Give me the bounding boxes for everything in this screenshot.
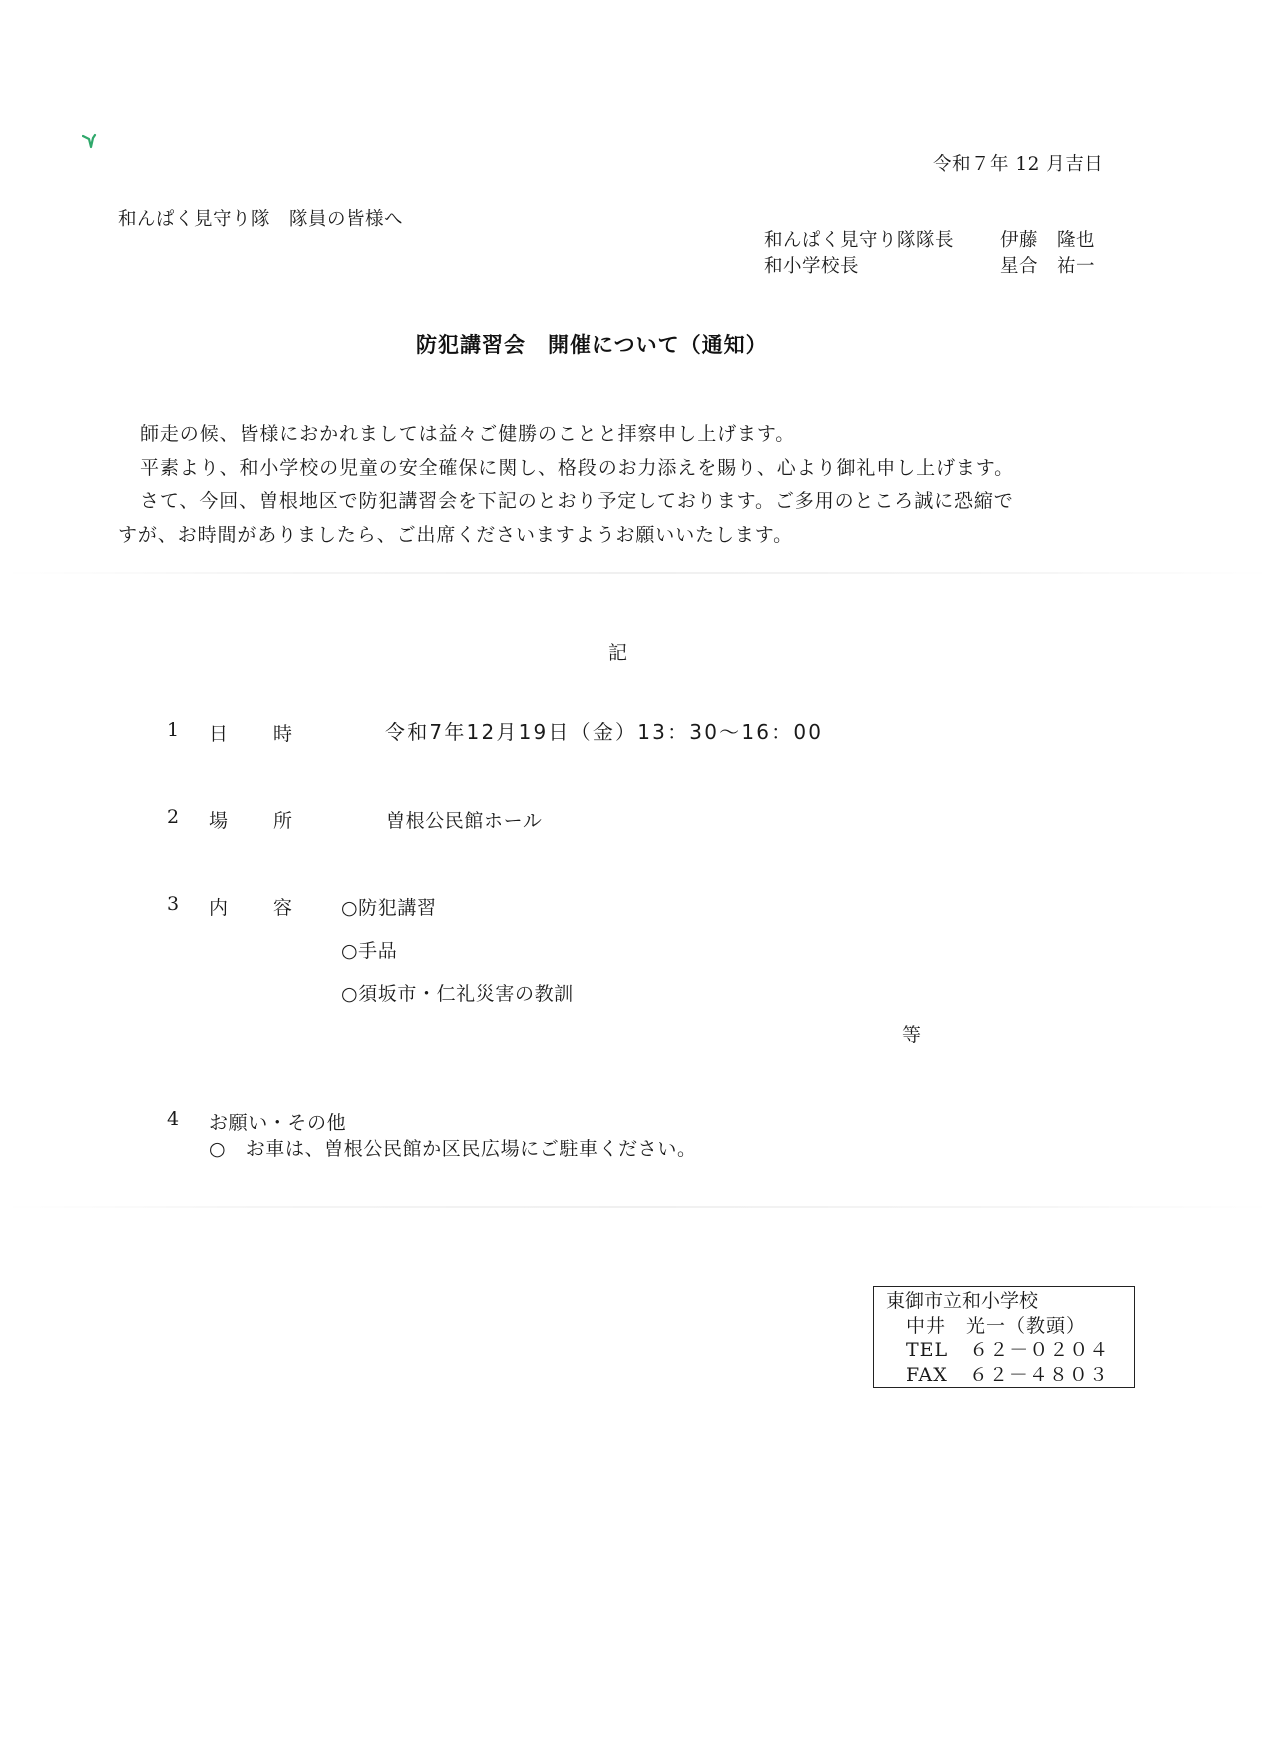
item-3-label-a: 内 [209, 893, 229, 920]
item-2-label-a: 場 [209, 806, 229, 833]
body-paragraph-1: 師走の候、皆様におかれましては益々ご健勝のことと拝察申し上げます。 [120, 418, 1130, 452]
item-3-content-3: ○須坂市・仁礼災害の教訓 [341, 979, 574, 1006]
sender-1-title: 和んぱく見守り隊隊長 [764, 226, 954, 252]
scan-artifact-line [0, 572, 1275, 574]
body-paragraph-3-cont: すが、お時間がありましたら、ご出席くださいますようお願いいたします。 [118, 519, 1130, 553]
item-4-note: ○ お車は、曽根公民館か区民広場にご駐車ください。 [209, 1134, 697, 1161]
sender-2-name: 星合 祐一 [1000, 252, 1095, 278]
ki-heading: 記 [608, 638, 628, 665]
fax-label: FAX [906, 1364, 948, 1386]
item-3-etc: 等 [902, 1020, 922, 1047]
item-2-place: 曽根公民館ホール [386, 806, 542, 833]
addressee: 和んぱく見守り隊 隊員の皆様へ [118, 205, 403, 231]
item-2-number: 2 [167, 806, 180, 828]
item-4-number: 4 [167, 1108, 180, 1130]
item-1-number: 1 [167, 719, 180, 741]
item-3-content-1: ○防犯講習 [341, 893, 437, 920]
body-paragraph-2: 平素より、和小学校の児童の安全確保に関し、格段のお力添えを賜り、心より御礼申し上… [120, 452, 1130, 486]
item-2-label-b: 所 [273, 806, 293, 833]
document-page: 令和７年 12 月吉日 和んぱく見守り隊 隊員の皆様へ 和んぱく見守り隊隊長 伊… [0, 0, 1275, 1752]
contact-tel: TEL ６２－０２０４ [886, 1338, 1134, 1363]
item-3-content-2: ○手品 [341, 936, 397, 963]
sender-1-name: 伊藤 隆也 [1000, 226, 1095, 252]
body-paragraph-3: さて、今回、曽根地区で防犯講習会を下記のとおり予定しております。ご多用のところ誠… [120, 485, 1130, 519]
notice-title: 防犯講習会 開催について（通知） [416, 329, 768, 359]
item-3-label-b: 容 [273, 893, 293, 920]
scan-artifact-line [0, 1206, 1275, 1208]
item-1-label-a: 日 [209, 719, 229, 746]
item-1-label-b: 時 [273, 719, 293, 746]
issue-date: 令和７年 12 月吉日 [933, 150, 1103, 176]
tel-label: TEL [906, 1339, 948, 1361]
item-3-number: 3 [167, 893, 180, 915]
item-4-label: お願い・その他 [209, 1108, 346, 1135]
sender-2-title: 和小学校長 [764, 252, 859, 278]
body-text: 師走の候、皆様におかれましては益々ご健勝のことと拝察申し上げます。 平素より、和… [120, 418, 1130, 552]
contact-fax: FAX ６２－４８０３ [886, 1363, 1134, 1388]
green-checkmark-icon [82, 133, 100, 149]
contact-box: 東御市立和小学校 中井 光一（教頭） TEL ６２－０２０４ FAX ６２－４８… [873, 1286, 1135, 1388]
tel-number: ６２－０２０４ [969, 1339, 1109, 1361]
contact-school: 東御市立和小学校 [886, 1289, 1134, 1314]
fax-number: ６２－４８０３ [969, 1364, 1109, 1386]
item-1-datetime: 令和7年12月19日（金）13：30〜16：00 [385, 716, 823, 745]
contact-person: 中井 光一（教頭） [886, 1314, 1134, 1339]
